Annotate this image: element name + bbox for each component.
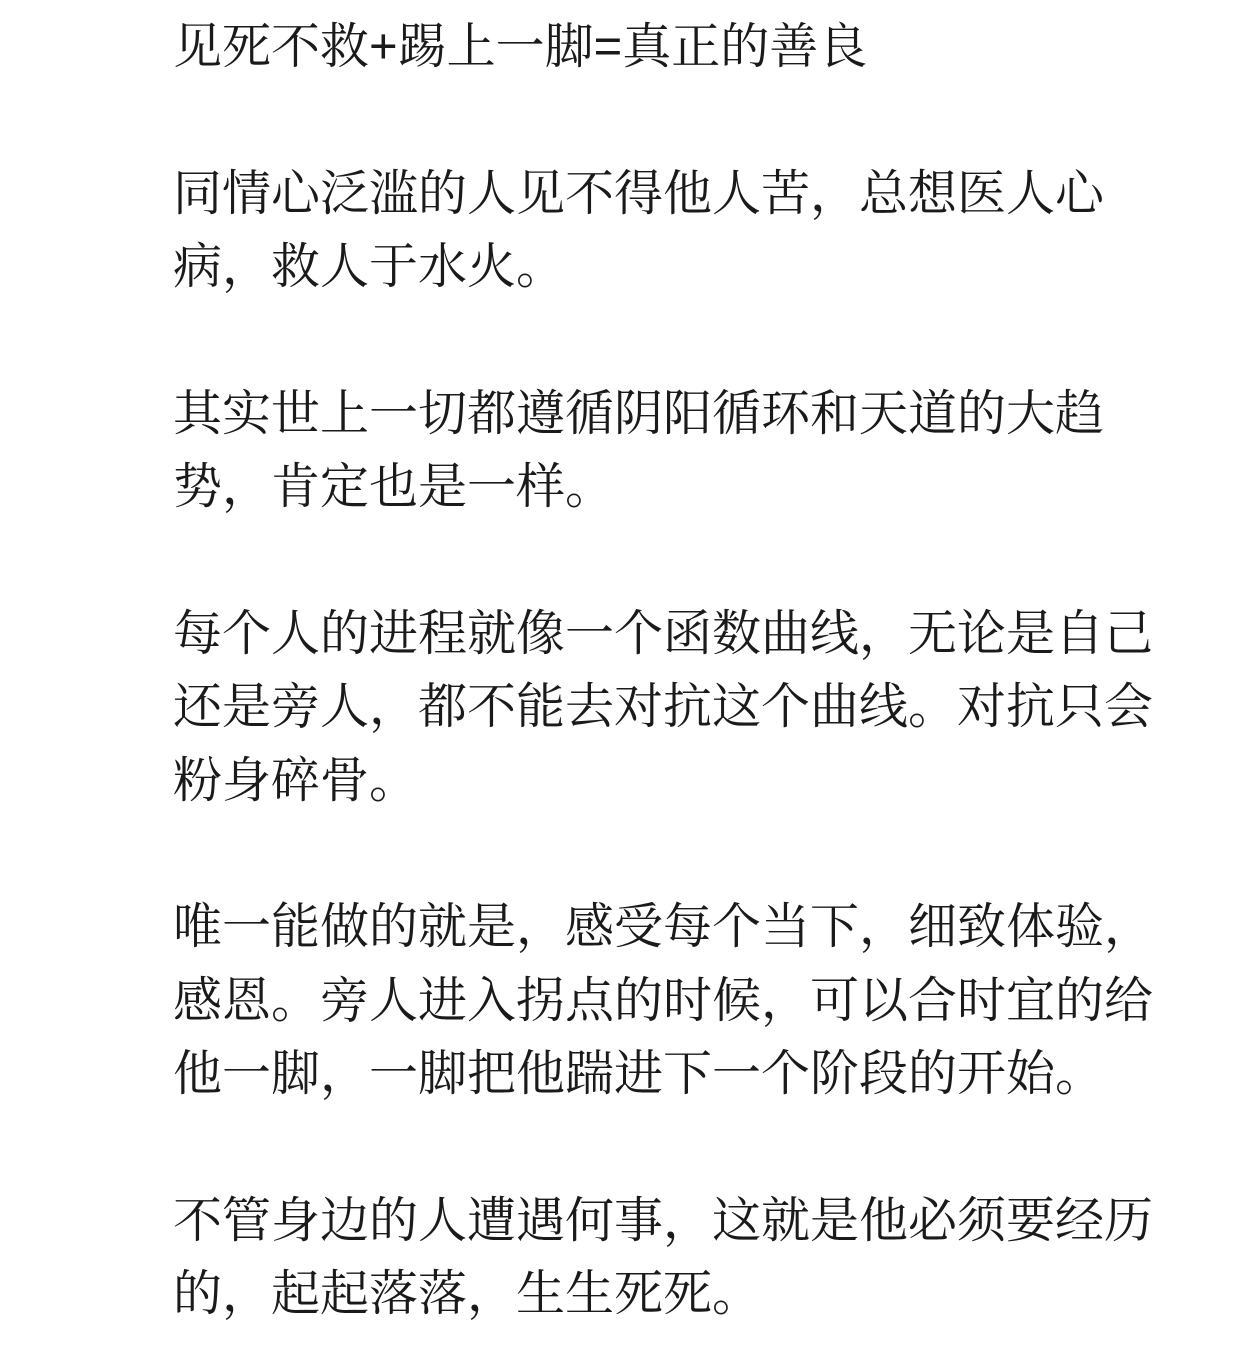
paragraph-inflection-point: 唯一能做的就是，感受每个当下，细致体验， 感恩。旁人进入拐点的时候，可以合时宜的…: [173, 891, 1229, 1112]
paragraph-function-curve: 每个人的进程就像一个函数曲线，无论是自己 还是旁人，都不能去对抗这个曲线。对抗只…: [173, 598, 1229, 819]
paragraph-sympathy: 同情心泛滥的人见不得他人苦，总想医人心 病，救人于水火。: [173, 158, 1229, 305]
paragraph-ups-and-downs: 不管身边的人遭遇何事，这就是他必须要经历 的，起起落落，生生死死。: [173, 1185, 1229, 1332]
paragraph-yinyang-cycle: 其实世上一切都遵循阴阳循环和天道的大趋 势，肯定也是一样。: [173, 378, 1229, 525]
article-body: 见死不救+踢上一脚=真正的善良 同情心泛滥的人见不得他人苦，总想医人心 病，救人…: [0, 0, 1238, 1332]
article-title: 见死不救+踢上一脚=真正的善良: [173, 11, 1229, 85]
